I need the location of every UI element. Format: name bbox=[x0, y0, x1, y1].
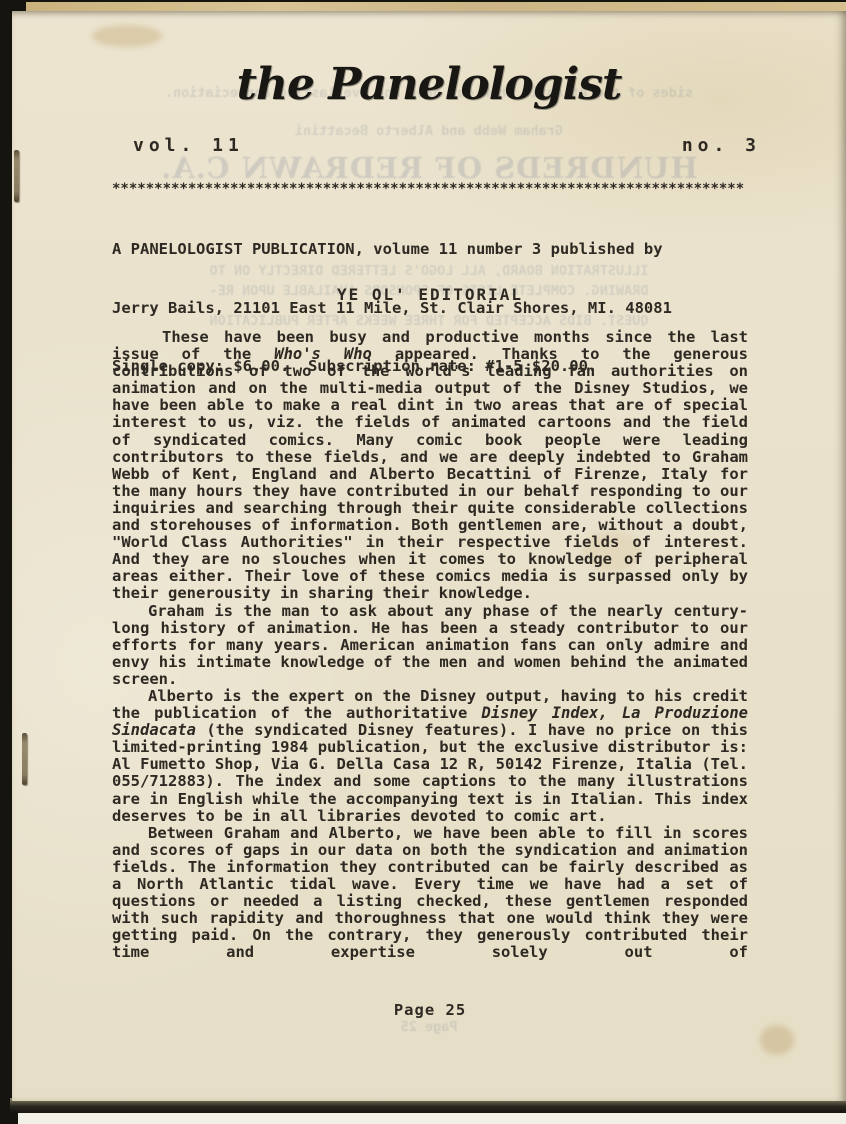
page-title: the Panelologist bbox=[12, 59, 846, 110]
under-page-bottom-edge bbox=[18, 1112, 846, 1124]
text-run: Between Graham and Alberto, we have been… bbox=[112, 824, 748, 962]
staple bbox=[22, 733, 27, 785]
paragraph: These have been busy and productive mont… bbox=[112, 329, 748, 603]
page-number: Page 25 bbox=[112, 1001, 748, 1019]
volume-label: vol. 11 bbox=[133, 135, 244, 156]
paragraph: Alberto is the expert on the Disney outp… bbox=[112, 688, 748, 825]
scanned-document: sides of the Atlantic show our deep and … bbox=[0, 0, 846, 1124]
asterisk-divider: ****************************************… bbox=[112, 181, 760, 197]
text-run: Graham is the man to ask about any phase… bbox=[112, 602, 748, 688]
publication-info-line: A PANELOLOGIST PUBLICATION, volume 11 nu… bbox=[112, 240, 760, 260]
editorial-body: These have been busy and productive mont… bbox=[112, 329, 748, 961]
volume-issue-row: vol. 11 no. 3 bbox=[133, 135, 761, 156]
paper: sides of the Atlantic show our deep and … bbox=[12, 11, 846, 1101]
paragraph: Between Graham and Alberto, we have been… bbox=[112, 825, 748, 962]
paragraph: Graham is the man to ask about any phase… bbox=[112, 603, 748, 688]
bleedthrough-headline: HUNDREDS OF REDRAWN C.A. bbox=[12, 151, 846, 185]
text-run: appeared. Thanks to the generous contrib… bbox=[112, 345, 748, 602]
staple bbox=[14, 150, 19, 202]
italic-text-run: Who's Who bbox=[274, 345, 372, 363]
bleedthrough-footer-echo: Page 25 bbox=[12, 1019, 846, 1035]
text-run: (the syndicated Disney features). I have… bbox=[112, 721, 748, 824]
paper-stain bbox=[92, 25, 162, 47]
issue-label: no. 3 bbox=[682, 135, 761, 156]
editorial-heading: YE OL' EDITORIAL bbox=[112, 285, 748, 304]
